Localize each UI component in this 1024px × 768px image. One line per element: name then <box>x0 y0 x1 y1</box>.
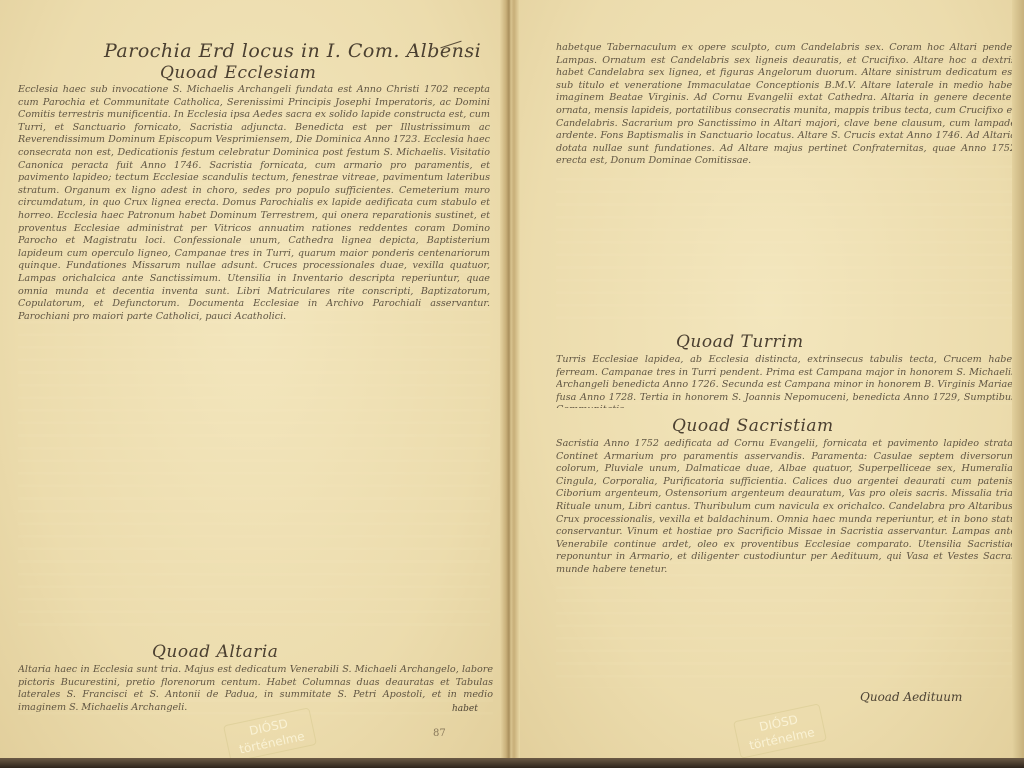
book-gutter <box>500 0 520 760</box>
section-heading-turrim: Quoad Turrim <box>676 332 804 352</box>
section-heading-ecclesiam: Quoad Ecclesiam <box>160 63 316 83</box>
right-catchword: Quoad Aedituum <box>860 690 962 704</box>
book-spread: Parochia Erd locus in I. Com. Albensi Qu… <box>0 0 1024 760</box>
left-page-heading: Parochia Erd locus in I. Com. Albensi <box>104 40 481 62</box>
left-catchword: habet <box>452 704 478 714</box>
watermark-right: DIÓSD történelme <box>733 703 827 759</box>
section-heading-sacristiam: Quoad Sacristiam <box>672 416 834 436</box>
left-page-body: Ecclesia haec sub invocatione S. Michael… <box>18 84 490 632</box>
right-page: habetque Tabernaculum ex opere sculpto, … <box>514 0 1024 760</box>
section-heading-altaria: Quoad Altaria <box>152 642 278 662</box>
altaria-body: Altaria haec in Ecclesia sunt tria. Maju… <box>18 664 493 716</box>
right-page-body: habetque Tabernaculum ex opere sculpto, … <box>556 42 1016 326</box>
page-edge-shadow <box>1012 0 1024 760</box>
scan-bottom-edge <box>0 758 1024 768</box>
turrim-body: Turris Ecclesiae lapidea, ab Ecclesia di… <box>556 354 1016 408</box>
sacristiam-body: Sacristia Anno 1752 aedificata ad Cornu … <box>556 438 1016 688</box>
left-page: Parochia Erd locus in I. Com. Albensi Qu… <box>0 0 506 760</box>
page-number: 87 <box>433 728 446 739</box>
